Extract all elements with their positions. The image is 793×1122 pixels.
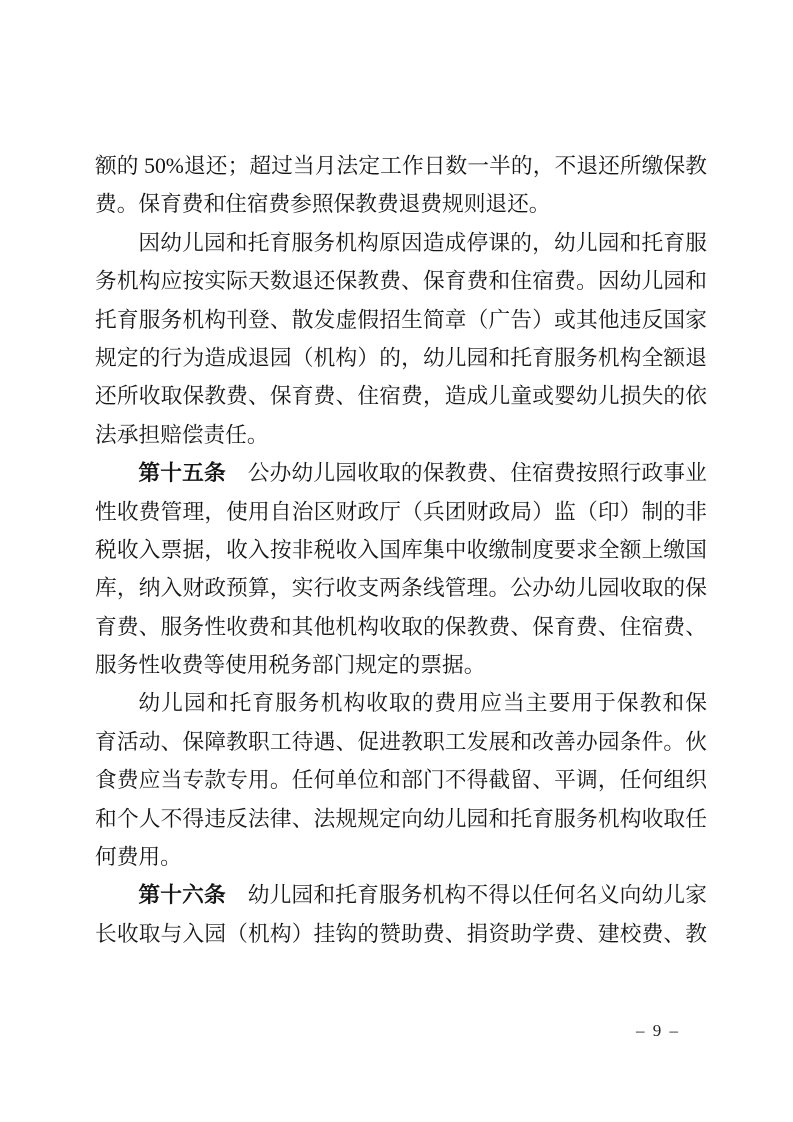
document-body: 额的 50%退还；超过当月法定工作日数一半的，不退还所缴保教费。保育费和住宿费参…	[95, 147, 707, 953]
text-line: 何费用。	[95, 838, 707, 876]
text-line: 第十六条 幼儿园和托育服务机构不得以任何名义向幼儿家	[95, 876, 707, 914]
text-line: 育活动、保障教职工待遇、促进教职工发展和改善办园条件。伙	[95, 723, 707, 761]
text-line: 法承担赔偿责任。	[95, 416, 707, 454]
paragraph: 第十五条 公办幼儿园收取的保教费、住宿费按照行政事业性收费管理，使用自治区财政厅…	[95, 454, 707, 684]
text-line: 幼儿园和托育服务机构收取的费用应当主要用于保教和保	[95, 684, 707, 722]
text-line: 额的 50%退还；超过当月法定工作日数一半的，不退还所缴保教	[95, 147, 707, 185]
text-line: 因幼儿园和托育服务机构原因造成停课的，幼儿园和托育服	[95, 224, 707, 262]
text-line: 规定的行为造成退园（机构）的，幼儿园和托育服务机构全额退	[95, 339, 707, 377]
text-line: 税收入票据，收入按非税收入国库集中收缴制度要求全额上缴国	[95, 531, 707, 569]
text-line: 费。保育费和住宿费参照保教费退费规则退还。	[95, 185, 707, 223]
text-line: 和个人不得违反法律、法规规定向幼儿园和托育服务机构收取任	[95, 800, 707, 838]
page-number: – 9 –	[636, 1019, 680, 1043]
text-line: 还所收取保教费、保育费、住宿费，造成儿童或婴幼儿损失的依	[95, 377, 707, 415]
paragraph: 幼儿园和托育服务机构收取的费用应当主要用于保教和保育活动、保障教职工待遇、促进教…	[95, 684, 707, 876]
text-line: 第十五条 公办幼儿园收取的保教费、住宿费按照行政事业	[95, 454, 707, 492]
text-line: 托育服务机构刊登、散发虚假招生简章（广告）或其他违反国家	[95, 301, 707, 339]
text-line: 长收取与入园（机构）挂钩的赞助费、捐资助学费、建校费、教	[95, 915, 707, 953]
paragraph: 额的 50%退还；超过当月法定工作日数一半的，不退还所缴保教费。保育费和住宿费参…	[95, 147, 707, 224]
text-line: 服务性收费等使用税务部门规定的票据。	[95, 646, 707, 684]
text-line: 库，纳入财政预算，实行收支两条线管理。公办幼儿园收取的保	[95, 569, 707, 607]
paragraph: 第十六条 幼儿园和托育服务机构不得以任何名义向幼儿家长收取与入园（机构）挂钩的赞…	[95, 876, 707, 953]
article-number: 第十五条	[138, 461, 226, 485]
document-page: 额的 50%退还；超过当月法定工作日数一半的，不退还所缴保教费。保育费和住宿费参…	[0, 0, 793, 1122]
text-line: 育费、服务性收费和其他机构收取的保教费、保育费、住宿费、	[95, 608, 707, 646]
article-number: 第十六条	[138, 883, 226, 907]
text-line: 性收费管理，使用自治区财政厅（兵团财政局）监（印）制的非	[95, 493, 707, 531]
paragraph: 因幼儿园和托育服务机构原因造成停课的，幼儿园和托育服务机构应按实际天数退还保教费…	[95, 224, 707, 454]
text-line: 食费应当专款专用。任何单位和部门不得截留、平调，任何组织	[95, 761, 707, 799]
text-line: 务机构应按实际天数退还保教费、保育费和住宿费。因幼儿园和	[95, 262, 707, 300]
